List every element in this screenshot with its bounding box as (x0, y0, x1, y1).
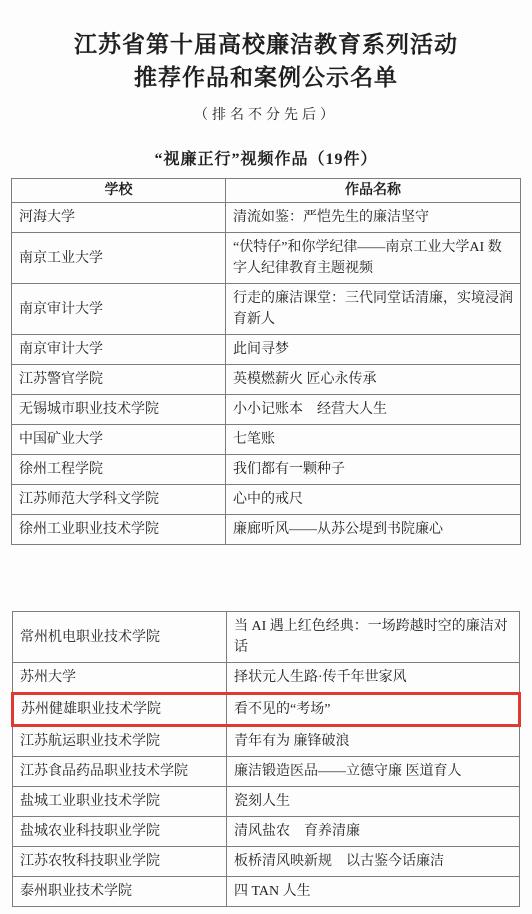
table-row: 无锡城市职业技术学院小小记账本 经营大人生 (12, 395, 521, 425)
work-title-cell: 清风盐农 育养清廉 (227, 817, 520, 847)
school-cell: 江苏农牧科技职业学院 (13, 847, 227, 877)
table-row: 南京工业大学“伏特仔”和你学纪律——南京工业大学AI 数字人纪律教育主题视频 (12, 233, 521, 284)
table-row: 江苏航运职业技术学院青年有为 廉锋破浪 (13, 726, 520, 757)
school-cell: 无锡城市职业技术学院 (12, 395, 226, 425)
school-cell: 江苏师范大学科文学院 (12, 485, 226, 515)
table-row: 江苏食品药品职业技术学院廉洁锻造医品——立德守廉 医道育人 (13, 757, 520, 787)
table-row: 苏州大学择状元人生路·传千年世家风 (13, 663, 520, 694)
column-header-work: 作品名称 (226, 179, 521, 203)
work-title-cell: 瓷刻人生 (227, 787, 520, 817)
table-row: 江苏师范大学科文学院心中的戒尺 (12, 485, 521, 515)
table-row: 盐城农业科技职业学院清风盐农 育养清廉 (13, 817, 520, 847)
highlighted-row: 苏州健雄职业技术学院看不见的“考场” (13, 694, 520, 726)
work-title-cell: 择状元人生路·传千年世家风 (227, 663, 520, 694)
ranking-note: （排名不分先后） (0, 105, 532, 126)
school-cell: 常州机电职业技术学院 (13, 612, 227, 663)
table-row: 泰州职业技术学院四 TAN 人生 (13, 877, 520, 907)
works-table-part2: 常州机电职业技术学院当 AI 遇上红色经典：一场跨越时空的廉洁对话苏州大学择状元… (11, 611, 521, 907)
table-row: 江苏警官学院英模燃薪火 匠心永传承 (12, 365, 521, 395)
work-title-cell: 板桥清风映新规 以古鉴今话廉洁 (227, 847, 520, 877)
work-title-cell: 廉洁锻造医品——立德守廉 医道育人 (227, 757, 520, 787)
school-cell: 南京审计大学 (12, 284, 226, 335)
table-row: 南京审计大学行走的廉洁课堂：三代同堂话清廉，实境浸润育新人 (12, 284, 521, 335)
section-heading: “视廉正行”视频作品（19件） (0, 148, 532, 172)
work-title-cell: 七笔账 (226, 425, 521, 455)
table-row: 南京审计大学此间寻梦 (12, 335, 521, 365)
work-title-cell: 清流如鉴：严恺先生的廉洁坚守 (226, 203, 521, 233)
school-cell: 徐州工程学院 (12, 455, 226, 485)
school-cell: 江苏警官学院 (12, 365, 226, 395)
table-header-row: 学校 作品名称 (12, 179, 521, 203)
table-row: 盐城工业职业技术学院瓷刻人生 (13, 787, 520, 817)
school-cell: 南京工业大学 (12, 233, 226, 284)
document-title-line1: 江苏省第十届高校廉洁教育系列活动 (0, 28, 532, 61)
school-cell: 徐州工业职业技术学院 (12, 515, 226, 545)
work-title-cell: 四 TAN 人生 (227, 877, 520, 907)
school-cell: 南京审计大学 (12, 335, 226, 365)
document-page: 江苏省第十届高校廉洁教育系列活动 推荐作品和案例公示名单 （排名不分先后） “视… (0, 0, 532, 914)
school-cell: 中国矿业大学 (12, 425, 226, 455)
work-title-cell: 此间寻梦 (226, 335, 521, 365)
school-cell: 河海大学 (12, 203, 226, 233)
table-row: 中国矿业大学七笔账 (12, 425, 521, 455)
column-header-school: 学校 (12, 179, 226, 203)
school-cell: 盐城农业科技职业学院 (13, 817, 227, 847)
work-title-cell: 廉廊听风——从苏公堤到书院廉心 (226, 515, 521, 545)
school-cell: 泰州职业技术学院 (13, 877, 227, 907)
school-cell: 江苏航运职业技术学院 (13, 726, 227, 757)
work-title-cell: 小小记账本 经营大人生 (226, 395, 521, 425)
work-title-cell: 行走的廉洁课堂：三代同堂话清廉，实境浸润育新人 (226, 284, 521, 335)
work-title-cell: 心中的戒尺 (226, 485, 521, 515)
table-row: 江苏农牧科技职业学院板桥清风映新规 以古鉴今话廉洁 (13, 847, 520, 877)
work-title-cell: 我们都有一颗种子 (226, 455, 521, 485)
school-cell: 苏州大学 (13, 663, 227, 694)
table-row: 常州机电职业技术学院当 AI 遇上红色经典：一场跨越时空的廉洁对话 (13, 612, 520, 663)
work-title-cell: 当 AI 遇上红色经典：一场跨越时空的廉洁对话 (227, 612, 520, 663)
table-row: 徐州工程学院我们都有一颗种子 (12, 455, 521, 485)
school-cell: 江苏食品药品职业技术学院 (13, 757, 227, 787)
works-table-part1: 学校 作品名称 河海大学清流如鉴：严恺先生的廉洁坚守南京工业大学“伏特仔”和你学… (11, 178, 521, 545)
table-row: 徐州工业职业技术学院廉廊听风——从苏公堤到书院廉心 (12, 515, 521, 545)
work-title-cell: “伏特仔”和你学纪律——南京工业大学AI 数字人纪律教育主题视频 (226, 233, 521, 284)
work-title-cell: 看不见的“考场” (227, 694, 520, 726)
school-cell: 苏州健雄职业技术学院 (13, 694, 227, 726)
work-title-cell: 青年有为 廉锋破浪 (227, 726, 520, 757)
work-title-cell: 英模燃薪火 匠心永传承 (226, 365, 521, 395)
table-row: 河海大学清流如鉴：严恺先生的廉洁坚守 (12, 203, 521, 233)
document-title-line2: 推荐作品和案例公示名单 (0, 61, 532, 94)
school-cell: 盐城工业职业技术学院 (13, 787, 227, 817)
